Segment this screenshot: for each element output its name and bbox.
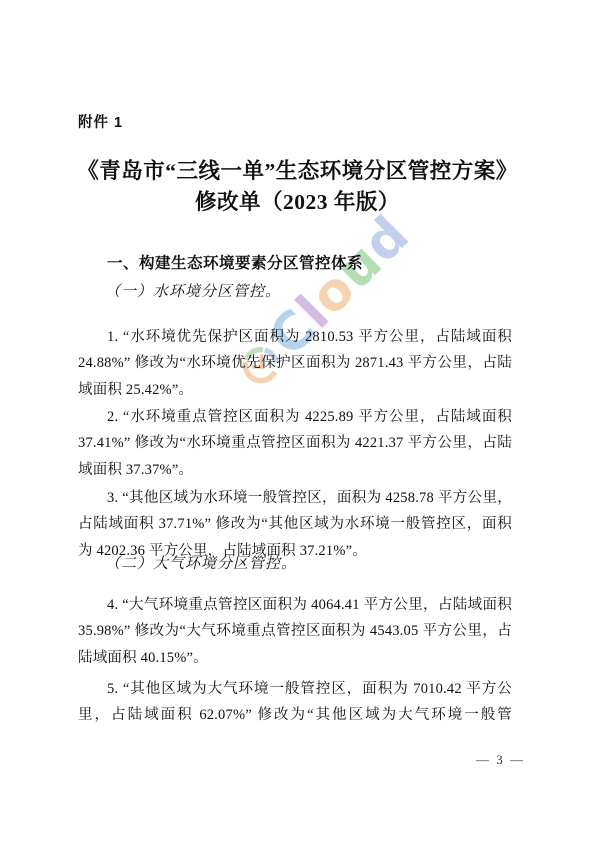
document-title-line1: 《青岛市“三线一单”生态环境分区管控方案》 xyxy=(30,156,565,187)
document-page: Cloud 附件 1 《青岛市“三线一单”生态环境分区管控方案》 修改单（202… xyxy=(0,0,595,841)
paragraph-1: 1. “水环境优先保护区面积为 2810.53 平方公里，占陆域面积 24.88… xyxy=(78,324,512,404)
page-number: — 3 — xyxy=(476,752,525,768)
paragraph-4: 4. “大气环境重点管控区面积为 4064.41 平方公里，占陆域面积 35.9… xyxy=(78,592,512,672)
paragraph-2: 2. “水环境重点管控区面积为 4225.89 平方公里，占陆域面积 37.41… xyxy=(78,404,512,484)
paragraph-5: 5. “其他区域为大气环境一般管控区，面积为 7010.42 平方公里，占陆域面… xyxy=(78,676,512,730)
document-title: 《青岛市“三线一单”生态环境分区管控方案》 修改单（2023 年版） xyxy=(30,156,565,218)
subsection-water: （一）水环境分区管控。 xyxy=(78,280,512,301)
subsection-atmosphere: （二）大气环境分区管控。 xyxy=(78,552,512,573)
section-heading-1: 一、构建生态环境要素分区管控体系 xyxy=(107,251,363,273)
document-title-line2: 修改单（2023 年版） xyxy=(30,187,565,218)
attachment-label: 附件 1 xyxy=(78,111,123,132)
